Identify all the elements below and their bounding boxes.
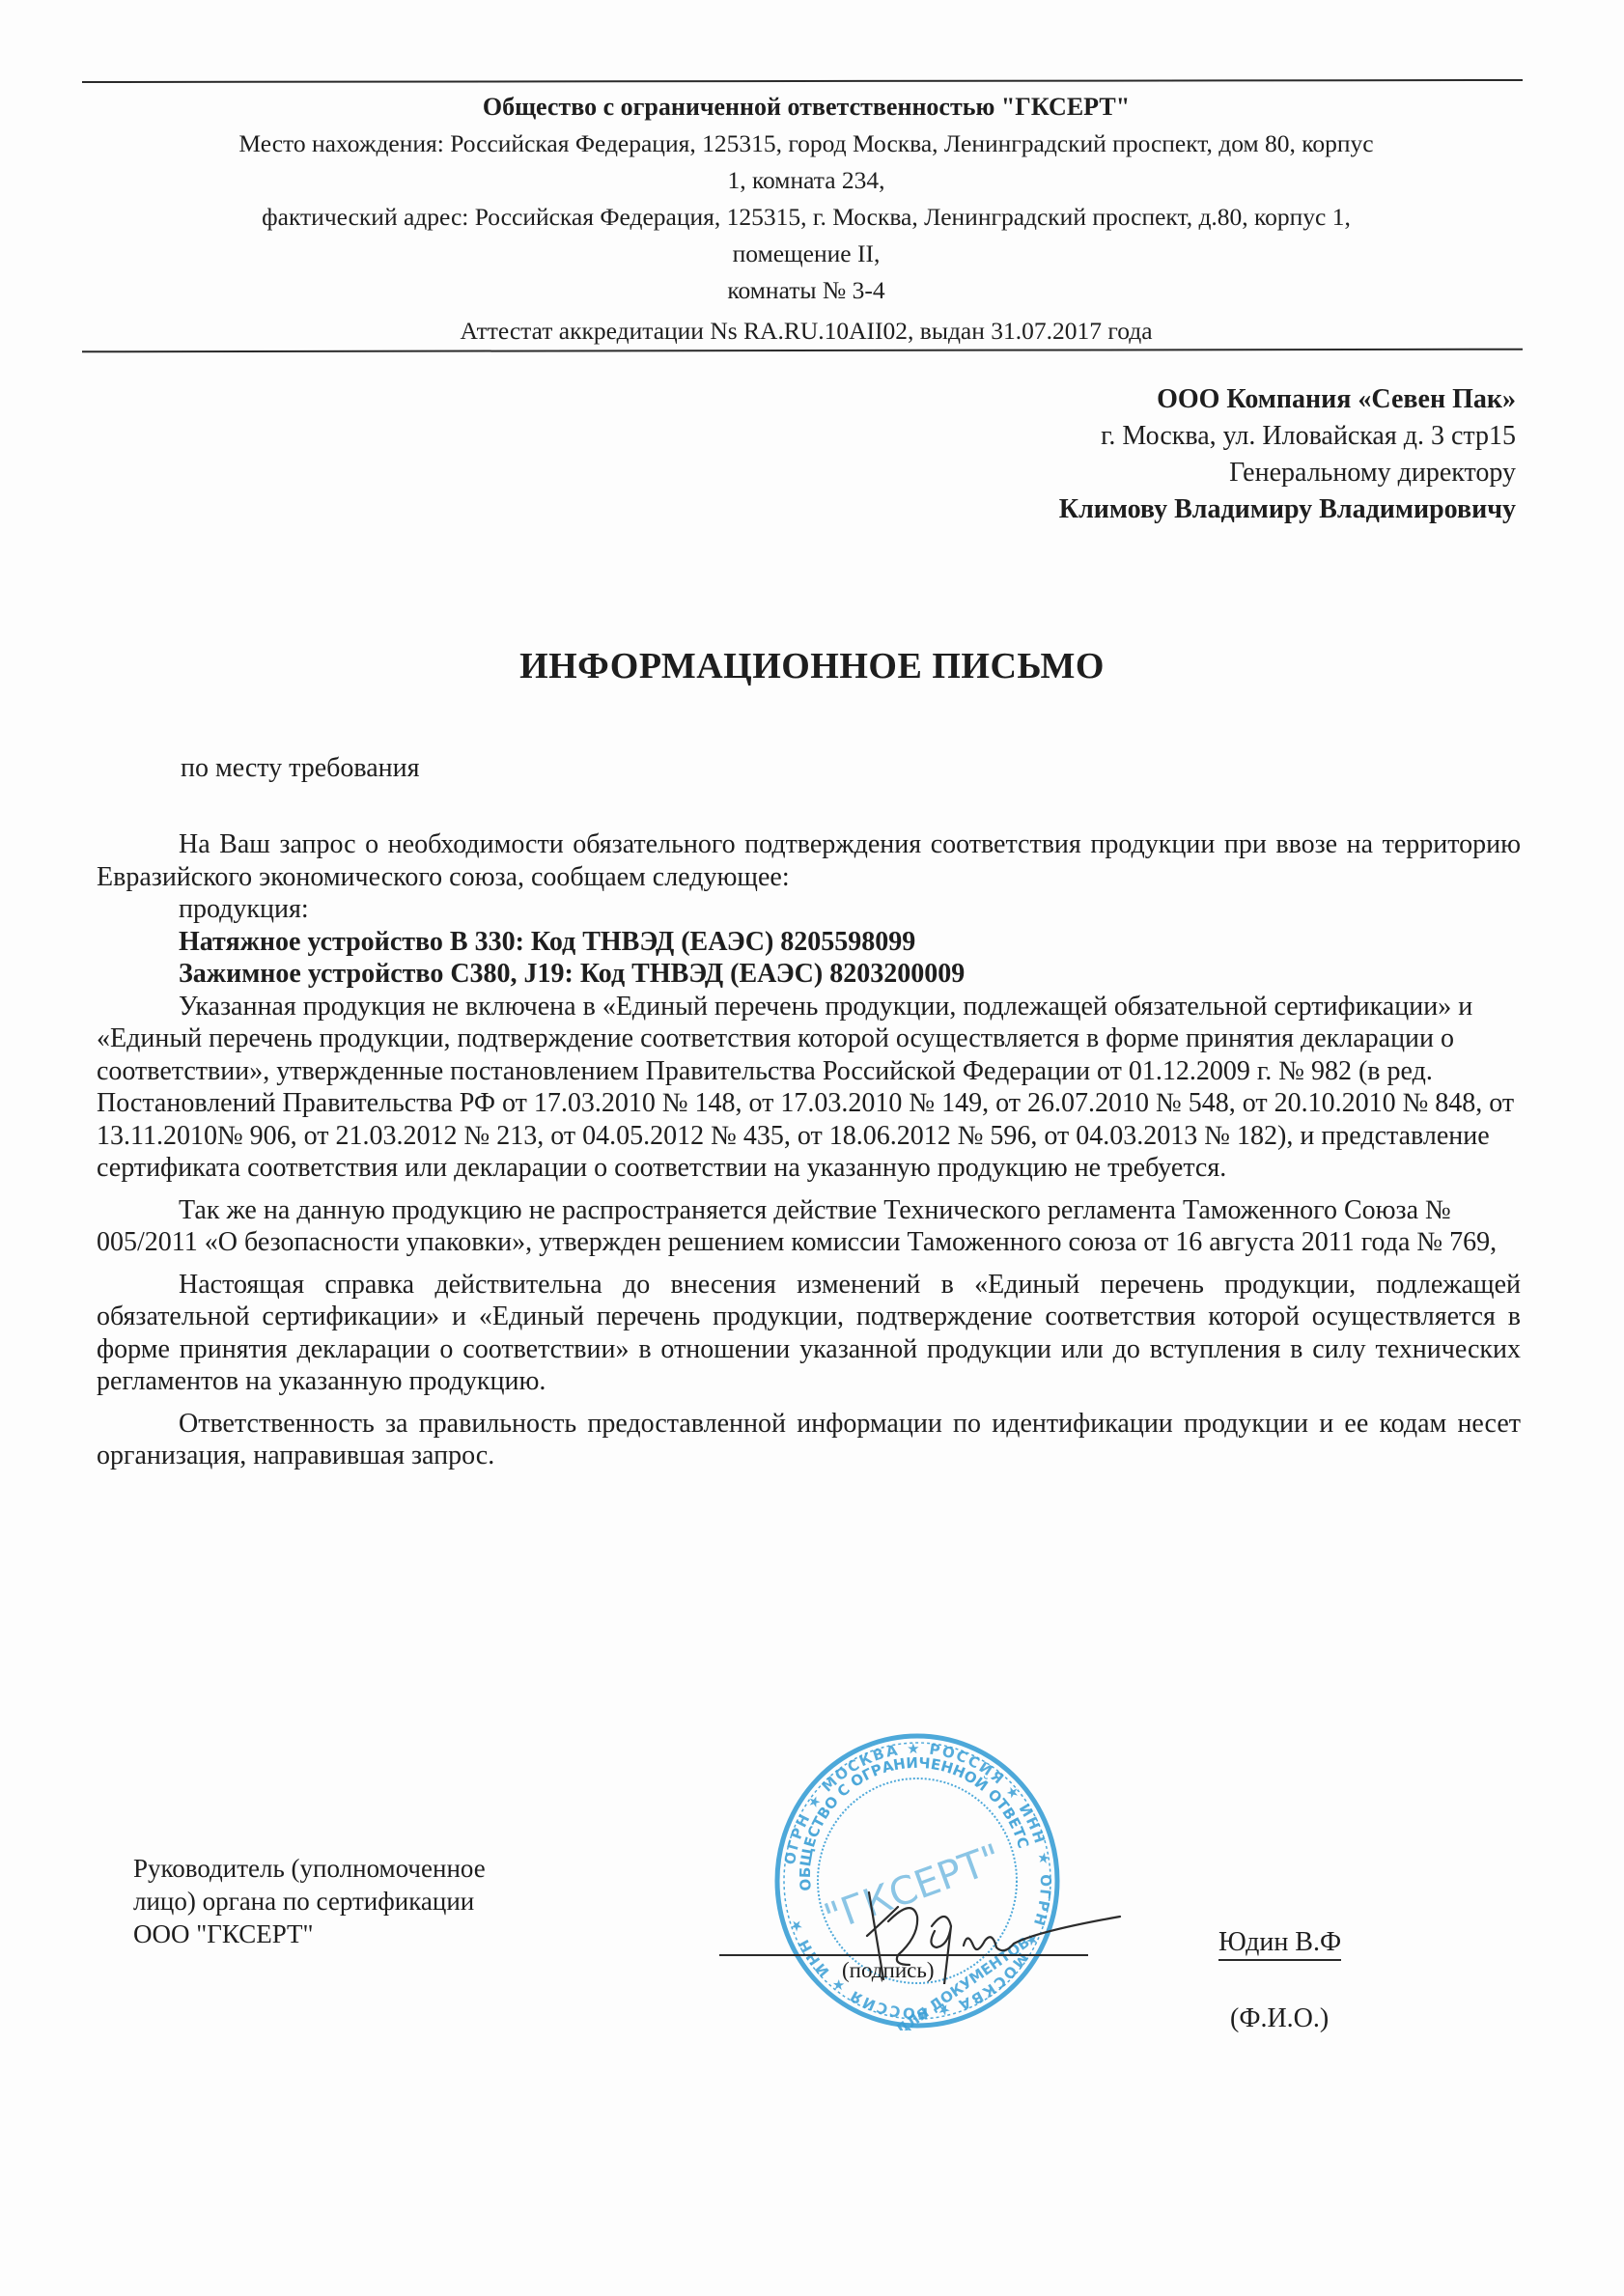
paragraph-tech-regulation: Так же на данную продукцию не распростра… <box>97 1194 1521 1259</box>
to-whom-line: по месту требования <box>181 753 420 784</box>
document-title: ИНФОРМАЦИОННОЕ ПИСЬМО <box>0 645 1624 687</box>
intro-paragraph: На Ваш запрос о необходимости обязательн… <box>97 828 1521 893</box>
paragraph-validity: Настоящая справка действительна до внесе… <box>97 1269 1521 1398</box>
product-item: Натяжное устройство B 330: Код ТНВЭД (ЕА… <box>97 926 1521 959</box>
signature-caption: (подпись) <box>842 1958 934 1983</box>
role-line: ООО "ГКСЕРТ" <box>133 1918 486 1950</box>
signature-line <box>719 1954 1088 1956</box>
letterhead-top-rule <box>82 79 1523 83</box>
signatory-role: Руководитель (уполномоченное лицо) орган… <box>133 1852 486 1950</box>
recipient-position: Генеральному директору <box>1059 455 1516 491</box>
org-name: Общество с ограниченной ответственностью… <box>97 89 1516 126</box>
signer-name: Юдин В.Ф <box>1218 1927 1341 1961</box>
role-line: лицо) органа по сертификации <box>133 1885 486 1918</box>
address-line-5: комнаты № 3-4 <box>97 272 1516 309</box>
address-line-2: 1, комната 234, <box>97 162 1516 199</box>
paragraph-responsibility: Ответственность за правильность предоста… <box>97 1408 1521 1472</box>
recipient-address: г. Москва, ул. Иловайская д. 3 стр15 <box>1059 418 1516 455</box>
product-item: Зажимное устройство C380, J19: Код ТНВЭД… <box>97 958 1521 991</box>
name-caption: (Ф.И.О.) <box>1230 2003 1329 2034</box>
paragraph-not-included: Указанная продукция не включена в «Едины… <box>97 991 1521 1185</box>
role-line: Руководитель (уполномоченное <box>133 1852 486 1885</box>
address-line-3: фактический адрес: Российская Федерация,… <box>97 199 1516 236</box>
accreditation: Аттестат аккредитации Ns RA.RU.10AII02, … <box>97 313 1516 350</box>
recipient-block: ООО Компания «Севен Пак» г. Москва, ул. … <box>1059 381 1516 528</box>
document-page: Общество с ограниченной ответственностью… <box>0 0 1624 2296</box>
letterhead: Общество с ограниченной ответственностью… <box>97 89 1516 350</box>
address-line-1: Место нахождения: Российская Федерация, … <box>97 126 1516 162</box>
products-label: продукция: <box>97 893 1521 926</box>
letter-body: На Ваш запрос о необходимости обязательн… <box>97 828 1521 1472</box>
recipient-name: Климову Владимиру Владимировичу <box>1059 491 1516 528</box>
recipient-company: ООО Компания «Севен Пак» <box>1059 381 1516 418</box>
address-line-4: помещение II, <box>97 236 1516 272</box>
